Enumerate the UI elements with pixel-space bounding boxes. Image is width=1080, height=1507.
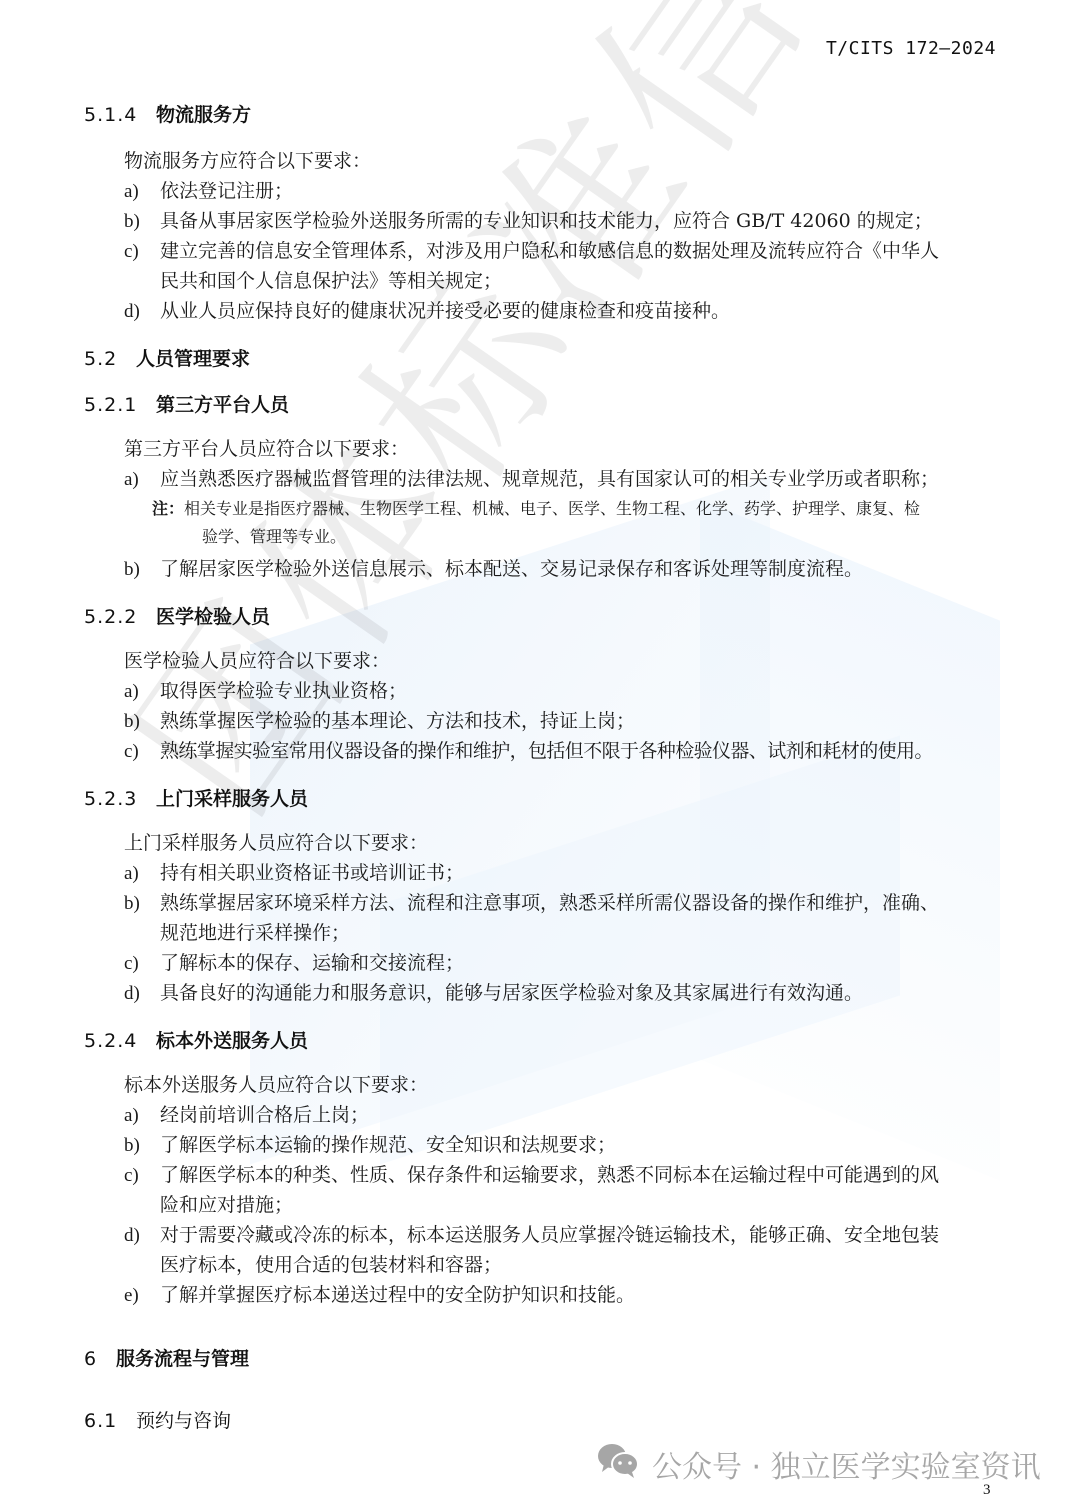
- wechat-source-watermark: 公众号 · 独立医学实验室资讯: [596, 1442, 1041, 1486]
- note-text: 相关专业是指医疗器械、生物医学工程、机械、电子、医学、生物工程、化学、药学、护理…: [184, 499, 920, 518]
- list-item: e)了解并掌握医疗标本递送过程中的安全防护知识和技能。: [124, 1280, 635, 1307]
- page-number: 3: [983, 1482, 991, 1499]
- section-intro: 标本外送服务人员应符合以下要求：: [124, 1070, 428, 1097]
- section-title: 预约与咨询: [136, 1406, 231, 1433]
- list-text-continuation: 医疗标本，使用合适的包装材料和容器；: [160, 1250, 502, 1277]
- list-label: d): [124, 1225, 160, 1247]
- list-text: 了解并掌握医疗标本递送过程中的安全防护知识和技能。: [160, 1280, 635, 1307]
- list-item: a)持有相关职业资格证书或培训证书；: [124, 858, 464, 885]
- section-intro: 上门采样服务人员应符合以下要求：: [124, 828, 428, 855]
- section-heading-5-2-2: 5.2.2医学检验人员: [84, 602, 270, 629]
- list-item: b)熟练掌握居家环境采样方法、流程和注意事项，熟悉采样所需仪器设备的操作和维护，…: [124, 888, 939, 915]
- section-title: 医学检验人员: [156, 602, 270, 629]
- wechat-source-text: 公众号 · 独立医学实验室资讯: [652, 1442, 1041, 1486]
- section-title: 第三方平台人员: [156, 390, 289, 417]
- note-label: 注：: [152, 499, 184, 518]
- list-text-continuation: 规范地进行采样操作；: [160, 918, 350, 945]
- list-label: b): [124, 559, 160, 581]
- list-item: b)了解居家医学检验外送信息展示、标本配送、交易记录保存和客诉处理等制度流程。: [124, 554, 863, 581]
- list-label: a): [124, 681, 160, 703]
- section-intro: 物流服务方应符合以下要求：: [124, 146, 371, 173]
- list-text: 经岗前培训合格后上岗；: [160, 1100, 369, 1127]
- list-text-continuation: 险和应对措施；: [160, 1190, 293, 1217]
- list-label: a): [124, 863, 160, 885]
- list-label: a): [124, 1105, 160, 1127]
- section-title: 物流服务方: [156, 100, 251, 127]
- list-text: 具备良好的沟通能力和服务意识，能够与居家医学检验对象及其家属进行有效沟通。: [160, 978, 863, 1005]
- list-text: 熟练掌握居家环境采样方法、流程和注意事项，熟悉采样所需仪器设备的操作和维护，准确…: [160, 888, 939, 915]
- list-label: c): [124, 241, 160, 263]
- list-label: c): [124, 953, 160, 975]
- section-number: 5.2.3: [84, 788, 156, 810]
- list-label: d): [124, 983, 160, 1005]
- section-number: 5.2: [84, 348, 136, 370]
- section-heading-6-1: 6.1预约与咨询: [84, 1406, 231, 1433]
- list-text-continuation: 民共和国个人信息保护法》等相关规定；: [160, 266, 502, 293]
- standard-code: T/CITS 172—2024: [826, 38, 996, 59]
- section-heading-5-2: 5.2人员管理要求: [84, 344, 250, 371]
- list-label: b): [124, 211, 160, 233]
- list-label: b): [124, 1135, 160, 1157]
- section-title: 人员管理要求: [136, 344, 250, 371]
- note-text-continuation: 验学、管理等专业。: [202, 524, 346, 547]
- list-label: b): [124, 893, 160, 915]
- section-number: 5.2.2: [84, 606, 156, 628]
- list-text: 了解医学标本的种类、性质、保存条件和运输要求，熟悉不同标本在运输过程中可能遇到的…: [160, 1160, 939, 1187]
- list-text: 取得医学检验专业执业资格；: [160, 676, 407, 703]
- list-label: b): [124, 711, 160, 733]
- note: 注：相关专业是指医疗器械、生物医学工程、机械、电子、医学、生物工程、化学、药学、…: [152, 496, 920, 519]
- list-label: a): [124, 181, 160, 203]
- list-item: a)经岗前培训合格后上岗；: [124, 1100, 369, 1127]
- section-number: 6.1: [84, 1410, 136, 1432]
- list-text: 对于需要冷藏或冷冻的标本，标本运送服务人员应掌握冷链运输技术，能够正确、安全地包…: [160, 1220, 939, 1247]
- list-text: 了解居家医学检验外送信息展示、标本配送、交易记录保存和客诉处理等制度流程。: [160, 554, 863, 581]
- list-item: c)了解标本的保存、运输和交接流程；: [124, 948, 464, 975]
- list-text: 熟练掌握实验室常用仪器设备的操作和维护，包括但不限于各种检验仪器、试剂和耗材的使…: [160, 736, 933, 763]
- section-number: 5.2.4: [84, 1030, 156, 1052]
- list-text: 了解医学标本运输的操作规范、安全知识和法规要求；: [160, 1130, 616, 1157]
- list-label: c): [124, 1165, 160, 1187]
- list-item: b)熟练掌握医学检验的基本理论、方法和技术，持证上岗；: [124, 706, 635, 733]
- list-item: d)对于需要冷藏或冷冻的标本，标本运送服务人员应掌握冷链运输技术，能够正确、安全…: [124, 1220, 939, 1247]
- list-label: c): [124, 741, 160, 763]
- section-heading-5-2-3: 5.2.3上门采样服务人员: [84, 784, 308, 811]
- section-number: 6: [84, 1348, 116, 1370]
- section-heading-5-1-4: 5.1.4物流服务方: [84, 100, 251, 127]
- list-text: 建立完善的信息安全管理体系，对涉及用户隐私和敏感信息的数据处理及流转应符合《中华…: [160, 236, 939, 263]
- list-text: 依法登记注册；: [160, 176, 293, 203]
- list-item: a)取得医学检验专业执业资格；: [124, 676, 407, 703]
- section-heading-6: 6服务流程与管理: [84, 1344, 249, 1371]
- section-title: 标本外送服务人员: [156, 1026, 308, 1053]
- section-intro: 第三方平台人员应符合以下要求：: [124, 434, 409, 461]
- list-text: 具备从事居家医学检验外送服务所需的专业知识和技术能力，应符合 GB/T 4206…: [160, 206, 933, 233]
- list-item: b)了解医学标本运输的操作规范、安全知识和法规要求；: [124, 1130, 616, 1157]
- list-item: c)了解医学标本的种类、性质、保存条件和运输要求，熟悉不同标本在运输过程中可能遇…: [124, 1160, 939, 1187]
- list-text: 应当熟悉医疗器械监督管理的法律法规、规章规范，具有国家认可的相关专业学历或者职称…: [160, 464, 939, 491]
- list-item: b)具备从事居家医学检验外送服务所需的专业知识和技术能力，应符合 GB/T 42…: [124, 206, 933, 233]
- section-title: 上门采样服务人员: [156, 784, 308, 811]
- section-title: 服务流程与管理: [116, 1344, 249, 1371]
- section-intro: 医学检验人员应符合以下要求：: [124, 646, 390, 673]
- list-item: d)从业人员应保持良好的健康状况并接受必要的健康检查和疫苗接种。: [124, 296, 730, 323]
- list-text: 了解标本的保存、运输和交接流程；: [160, 948, 464, 975]
- list-text: 熟练掌握医学检验的基本理论、方法和技术，持证上岗；: [160, 706, 635, 733]
- list-item: d)具备良好的沟通能力和服务意识，能够与居家医学检验对象及其家属进行有效沟通。: [124, 978, 863, 1005]
- list-item: a)依法登记注册；: [124, 176, 293, 203]
- section-number: 5.1.4: [84, 104, 156, 126]
- list-label: a): [124, 469, 160, 491]
- list-item: a)应当熟悉医疗器械监督管理的法律法规、规章规范，具有国家认可的相关专业学历或者…: [124, 464, 939, 491]
- wechat-icon: [596, 1442, 652, 1486]
- list-item: c)建立完善的信息安全管理体系，对涉及用户隐私和敏感信息的数据处理及流转应符合《…: [124, 236, 939, 263]
- list-text: 从业人员应保持良好的健康状况并接受必要的健康检查和疫苗接种。: [160, 296, 730, 323]
- list-label: e): [124, 1285, 160, 1307]
- section-heading-5-2-1: 5.2.1第三方平台人员: [84, 390, 289, 417]
- section-heading-5-2-4: 5.2.4标本外送服务人员: [84, 1026, 308, 1053]
- section-number: 5.2.1: [84, 394, 156, 416]
- watermark-shape: [700, 499, 1000, 1180]
- list-item: c)熟练掌握实验室常用仪器设备的操作和维护，包括但不限于各种检验仪器、试剂和耗材…: [124, 736, 933, 763]
- list-text: 持有相关职业资格证书或培训证书；: [160, 858, 464, 885]
- list-label: d): [124, 301, 160, 323]
